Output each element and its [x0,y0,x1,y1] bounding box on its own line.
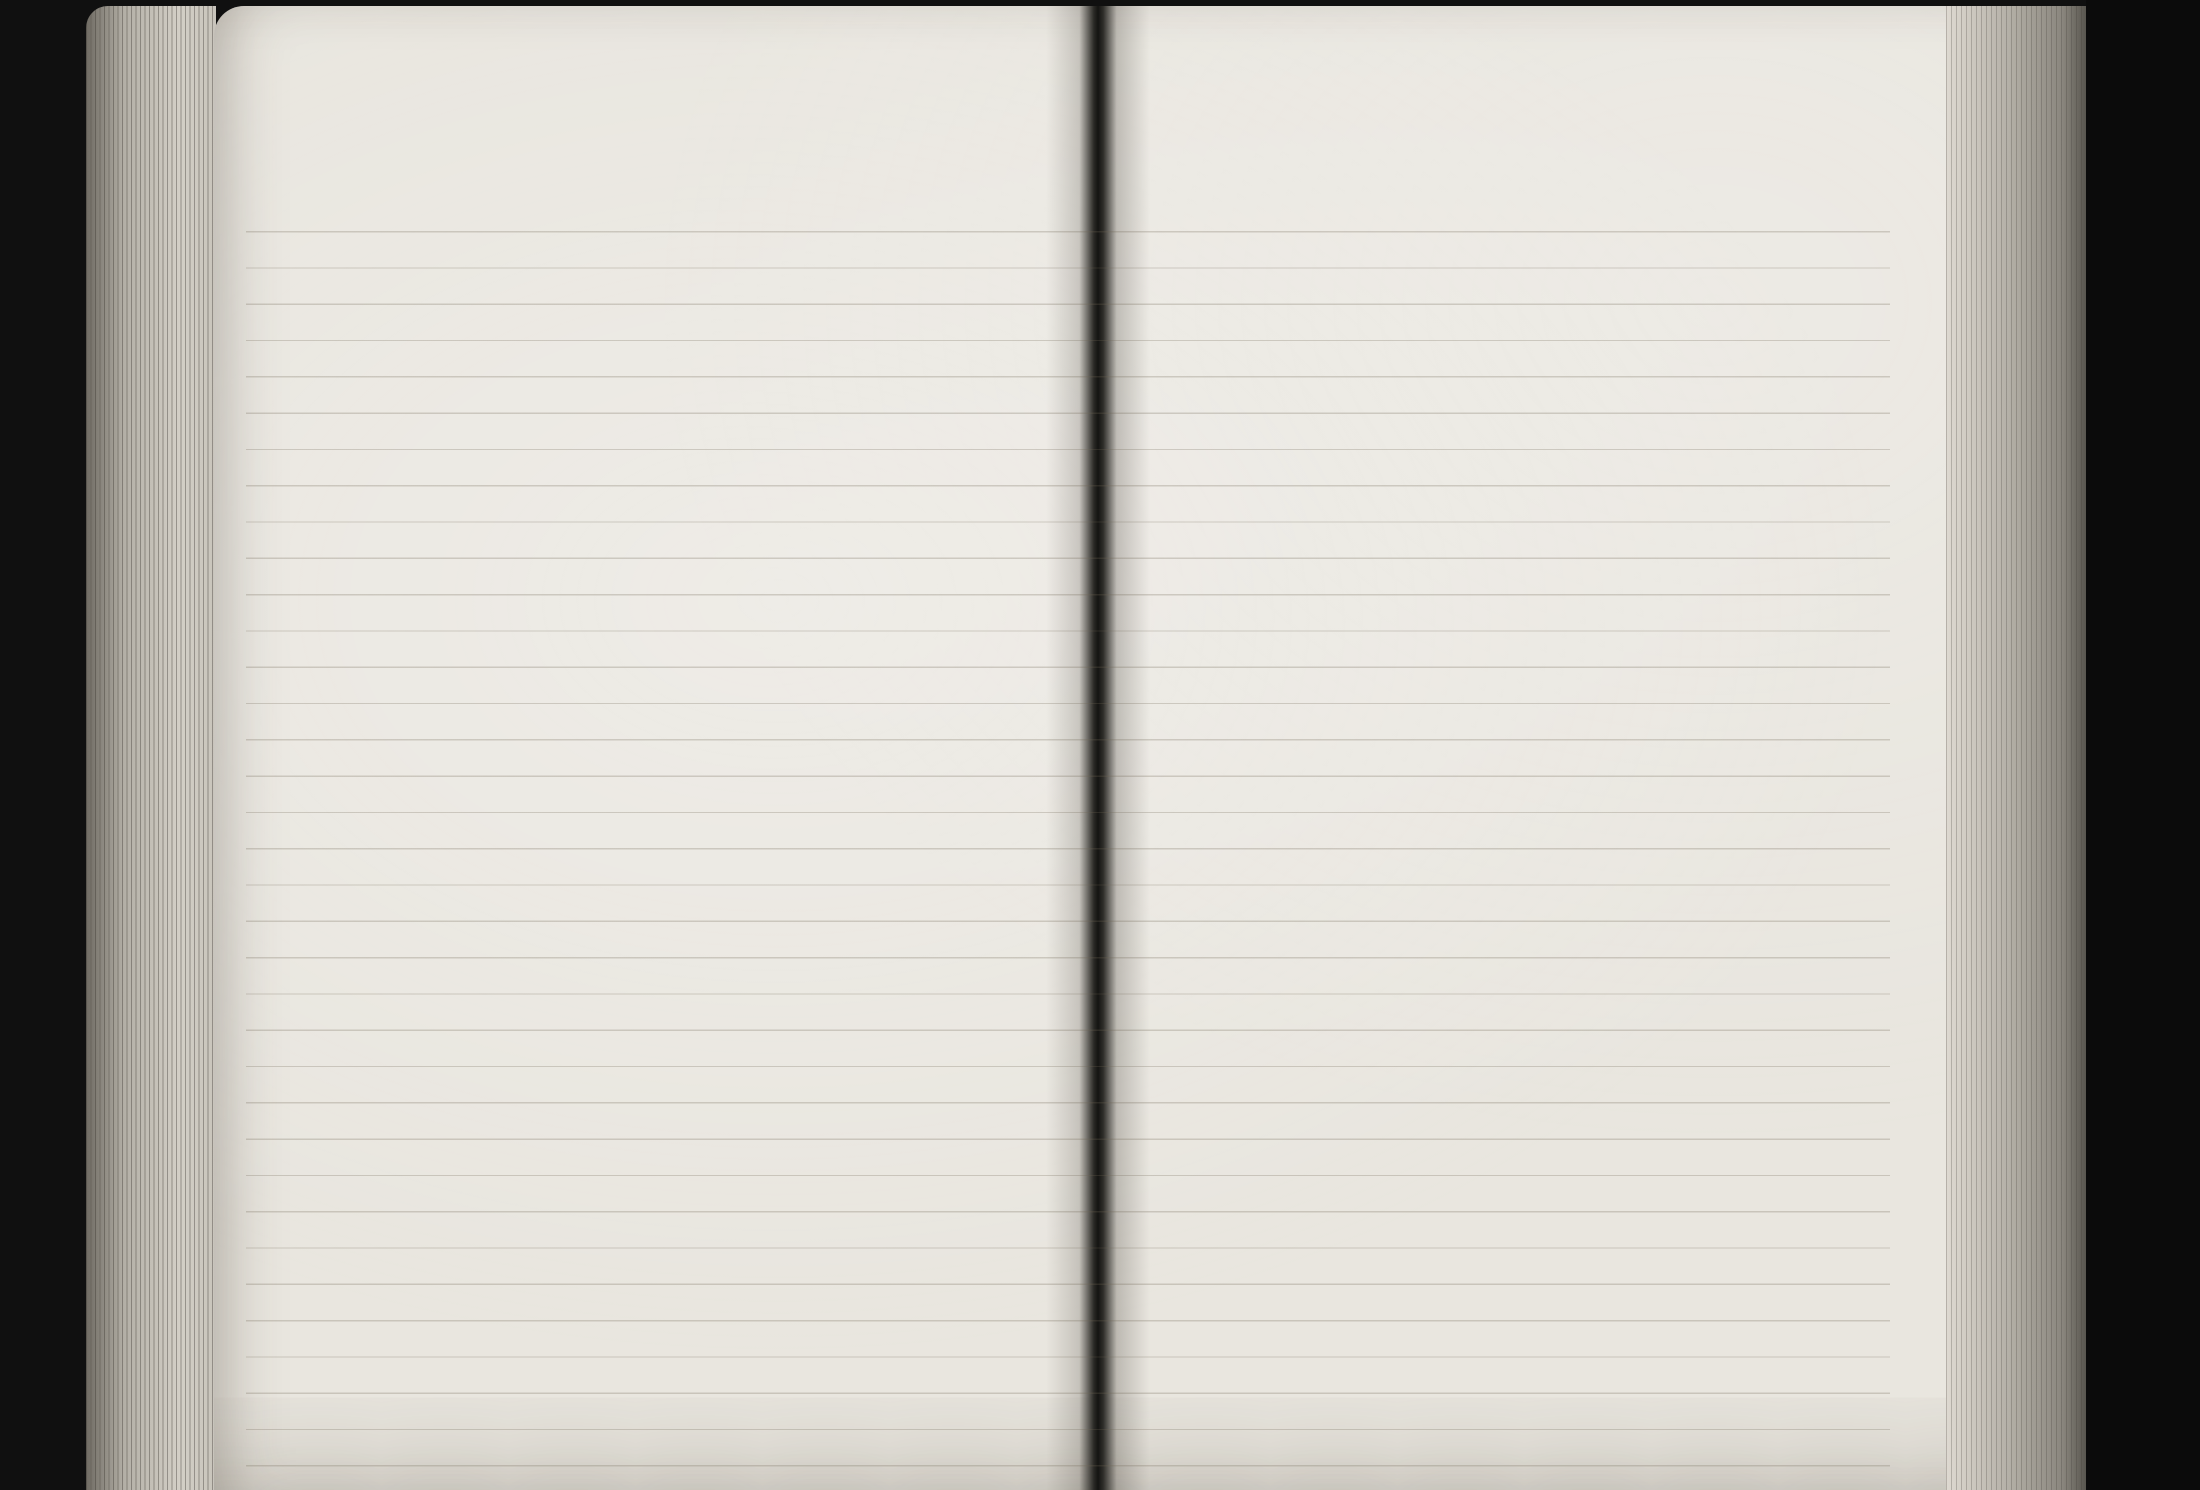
col-header-admitted [888,102,931,190]
scanned-register-page [0,0,2200,1490]
paper-spread [214,6,2088,1490]
scan-border [2086,0,2200,1490]
col-header-understands-christianity [800,102,835,190]
col-header-abc-book [629,102,645,190]
col-header-reading [609,102,630,190]
col-header-scripture-language [770,102,800,190]
col-header-vaccination [588,102,610,190]
book-page-edges-left [86,6,216,1490]
book-binding-shadow [1046,6,1150,1490]
col-header-attended-examination [835,102,888,190]
book-page-edges-right [1946,6,2088,1490]
